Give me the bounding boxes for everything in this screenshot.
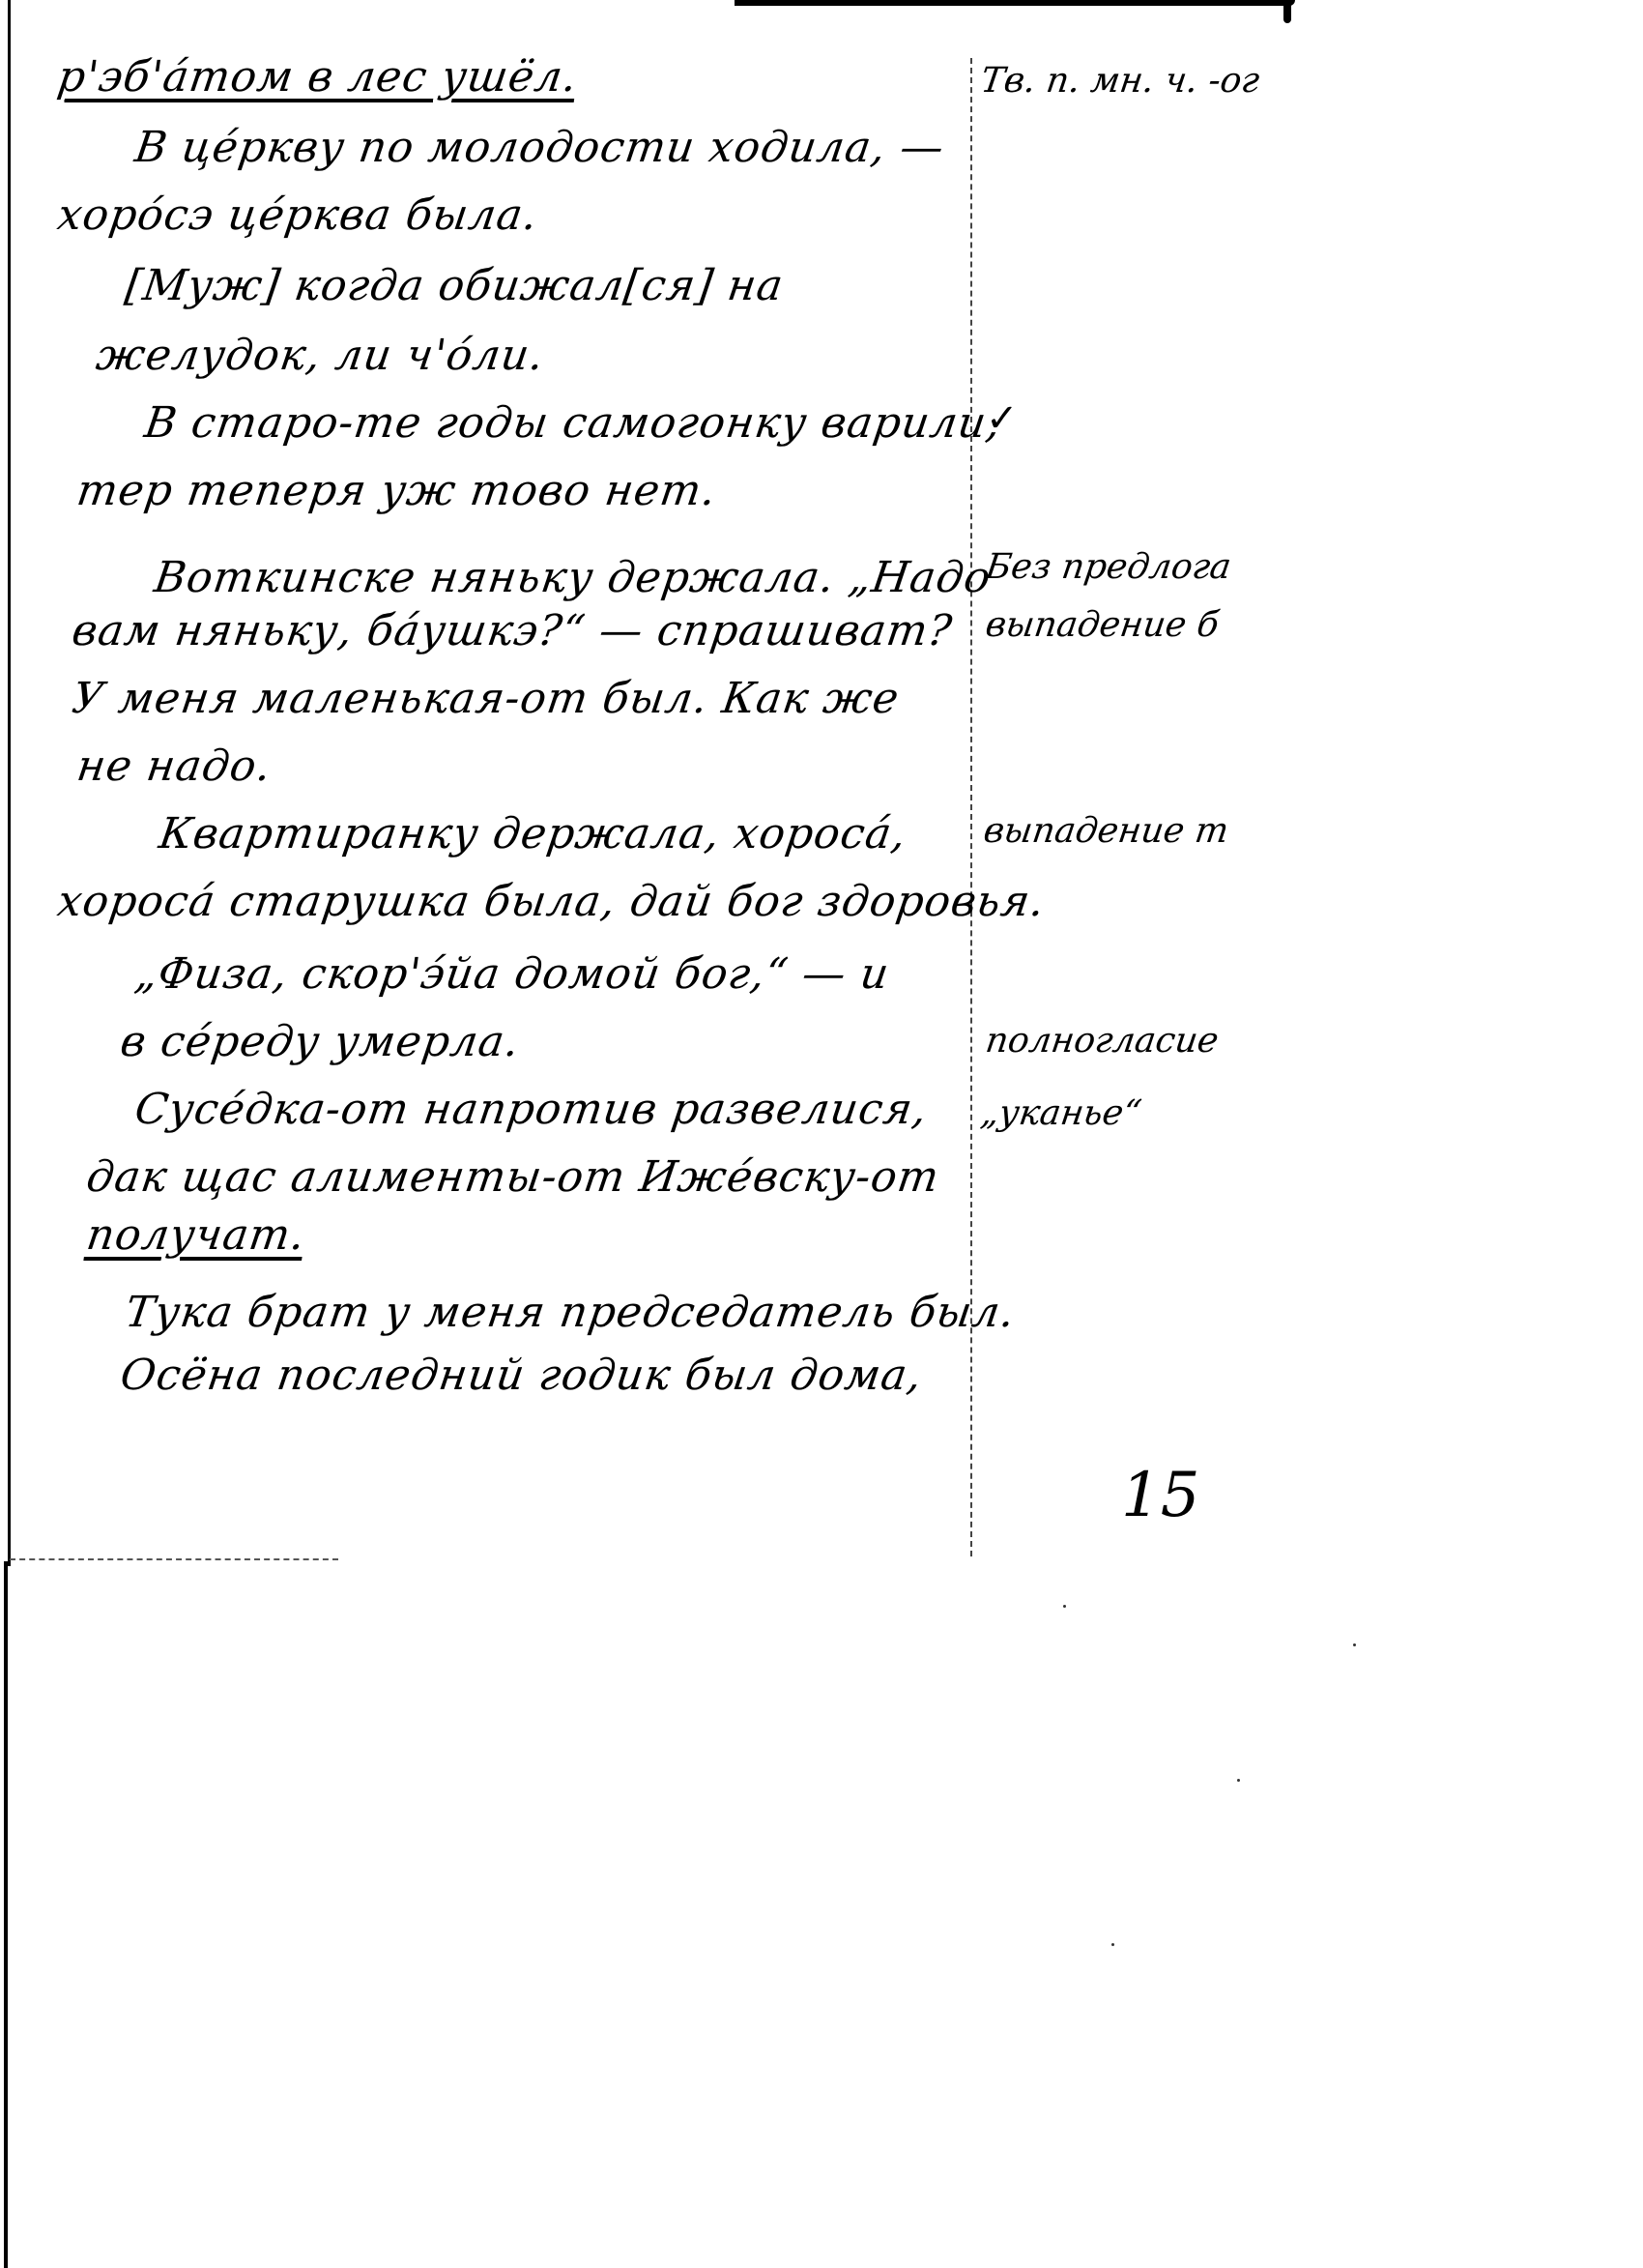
text-line: не надо.: [73, 740, 274, 794]
text-line: Тука брат у меня председатель был.: [122, 1286, 1019, 1340]
check-mark-icon: ✓: [986, 396, 1019, 441]
text-line: вам няньку, ба́ушкэ?“ — спрашиват?: [69, 604, 956, 658]
margin-note: выпадение т: [981, 810, 1231, 853]
text-line: тер теперя уж тово нет.: [73, 464, 720, 518]
text-line: в се́реду умерла.: [117, 1015, 523, 1069]
text-line: р'эб'а́том в лес ушёл.: [54, 50, 581, 104]
margin-note: выпадение б: [983, 604, 1222, 647]
text-line: В це́ркву по молодости ходила, —: [131, 121, 948, 175]
margin-note: „уканье“: [978, 1092, 1144, 1135]
text-line: дак щас алименты-от Иже́вску-от: [83, 1150, 942, 1205]
page-left-edge: [8, 0, 11, 1566]
text-line: [Муж] когда обижал[ся] на: [122, 259, 787, 313]
text-line: желудок, ли ч'о́ли.: [93, 329, 548, 383]
page-top-edge: [735, 0, 1295, 6]
text-line: хоро́сэ це́рква была.: [54, 189, 541, 243]
page-top-curl: [1283, 0, 1291, 23]
scan-speck: [1237, 1779, 1240, 1782]
text-line: получат.: [83, 1208, 309, 1263]
margin-note: Без предлога: [983, 546, 1234, 589]
text-line: Воткинске няньку держала. „Надо: [151, 551, 994, 605]
text-line: Сусе́дка-от напротив развелися,: [131, 1083, 931, 1137]
text-line: У меня маленькая-от был. Как же: [69, 672, 903, 726]
page-bottom-edge: [10, 1558, 338, 1560]
scan-speck: [1063, 1605, 1066, 1608]
scanned-page: р'эб'а́том в лес ушёл. В це́ркву по моло…: [0, 0, 1643, 2268]
text-line: „Физа, скор'э́йа домой бог,“ — и: [131, 947, 893, 1002]
margin-note: полногласие: [983, 1020, 1222, 1062]
margin-note: Тв. п. мн. ч. -ог: [978, 60, 1262, 102]
text-line: хороса́ старушка была, дай бог здоровья.: [54, 875, 1049, 929]
page-number: 15: [1121, 1460, 1199, 1531]
scan-speck: [1353, 1643, 1356, 1646]
page-left-edge-lower: [4, 1561, 8, 2268]
text-line: Квартиранку держала, хороса́,: [156, 807, 910, 861]
text-line: В старо-те годы самогонку варили,: [141, 396, 1005, 451]
text-line: Осёна последний годик был дома,: [117, 1349, 926, 1403]
scan-speck: [1111, 1943, 1114, 1946]
